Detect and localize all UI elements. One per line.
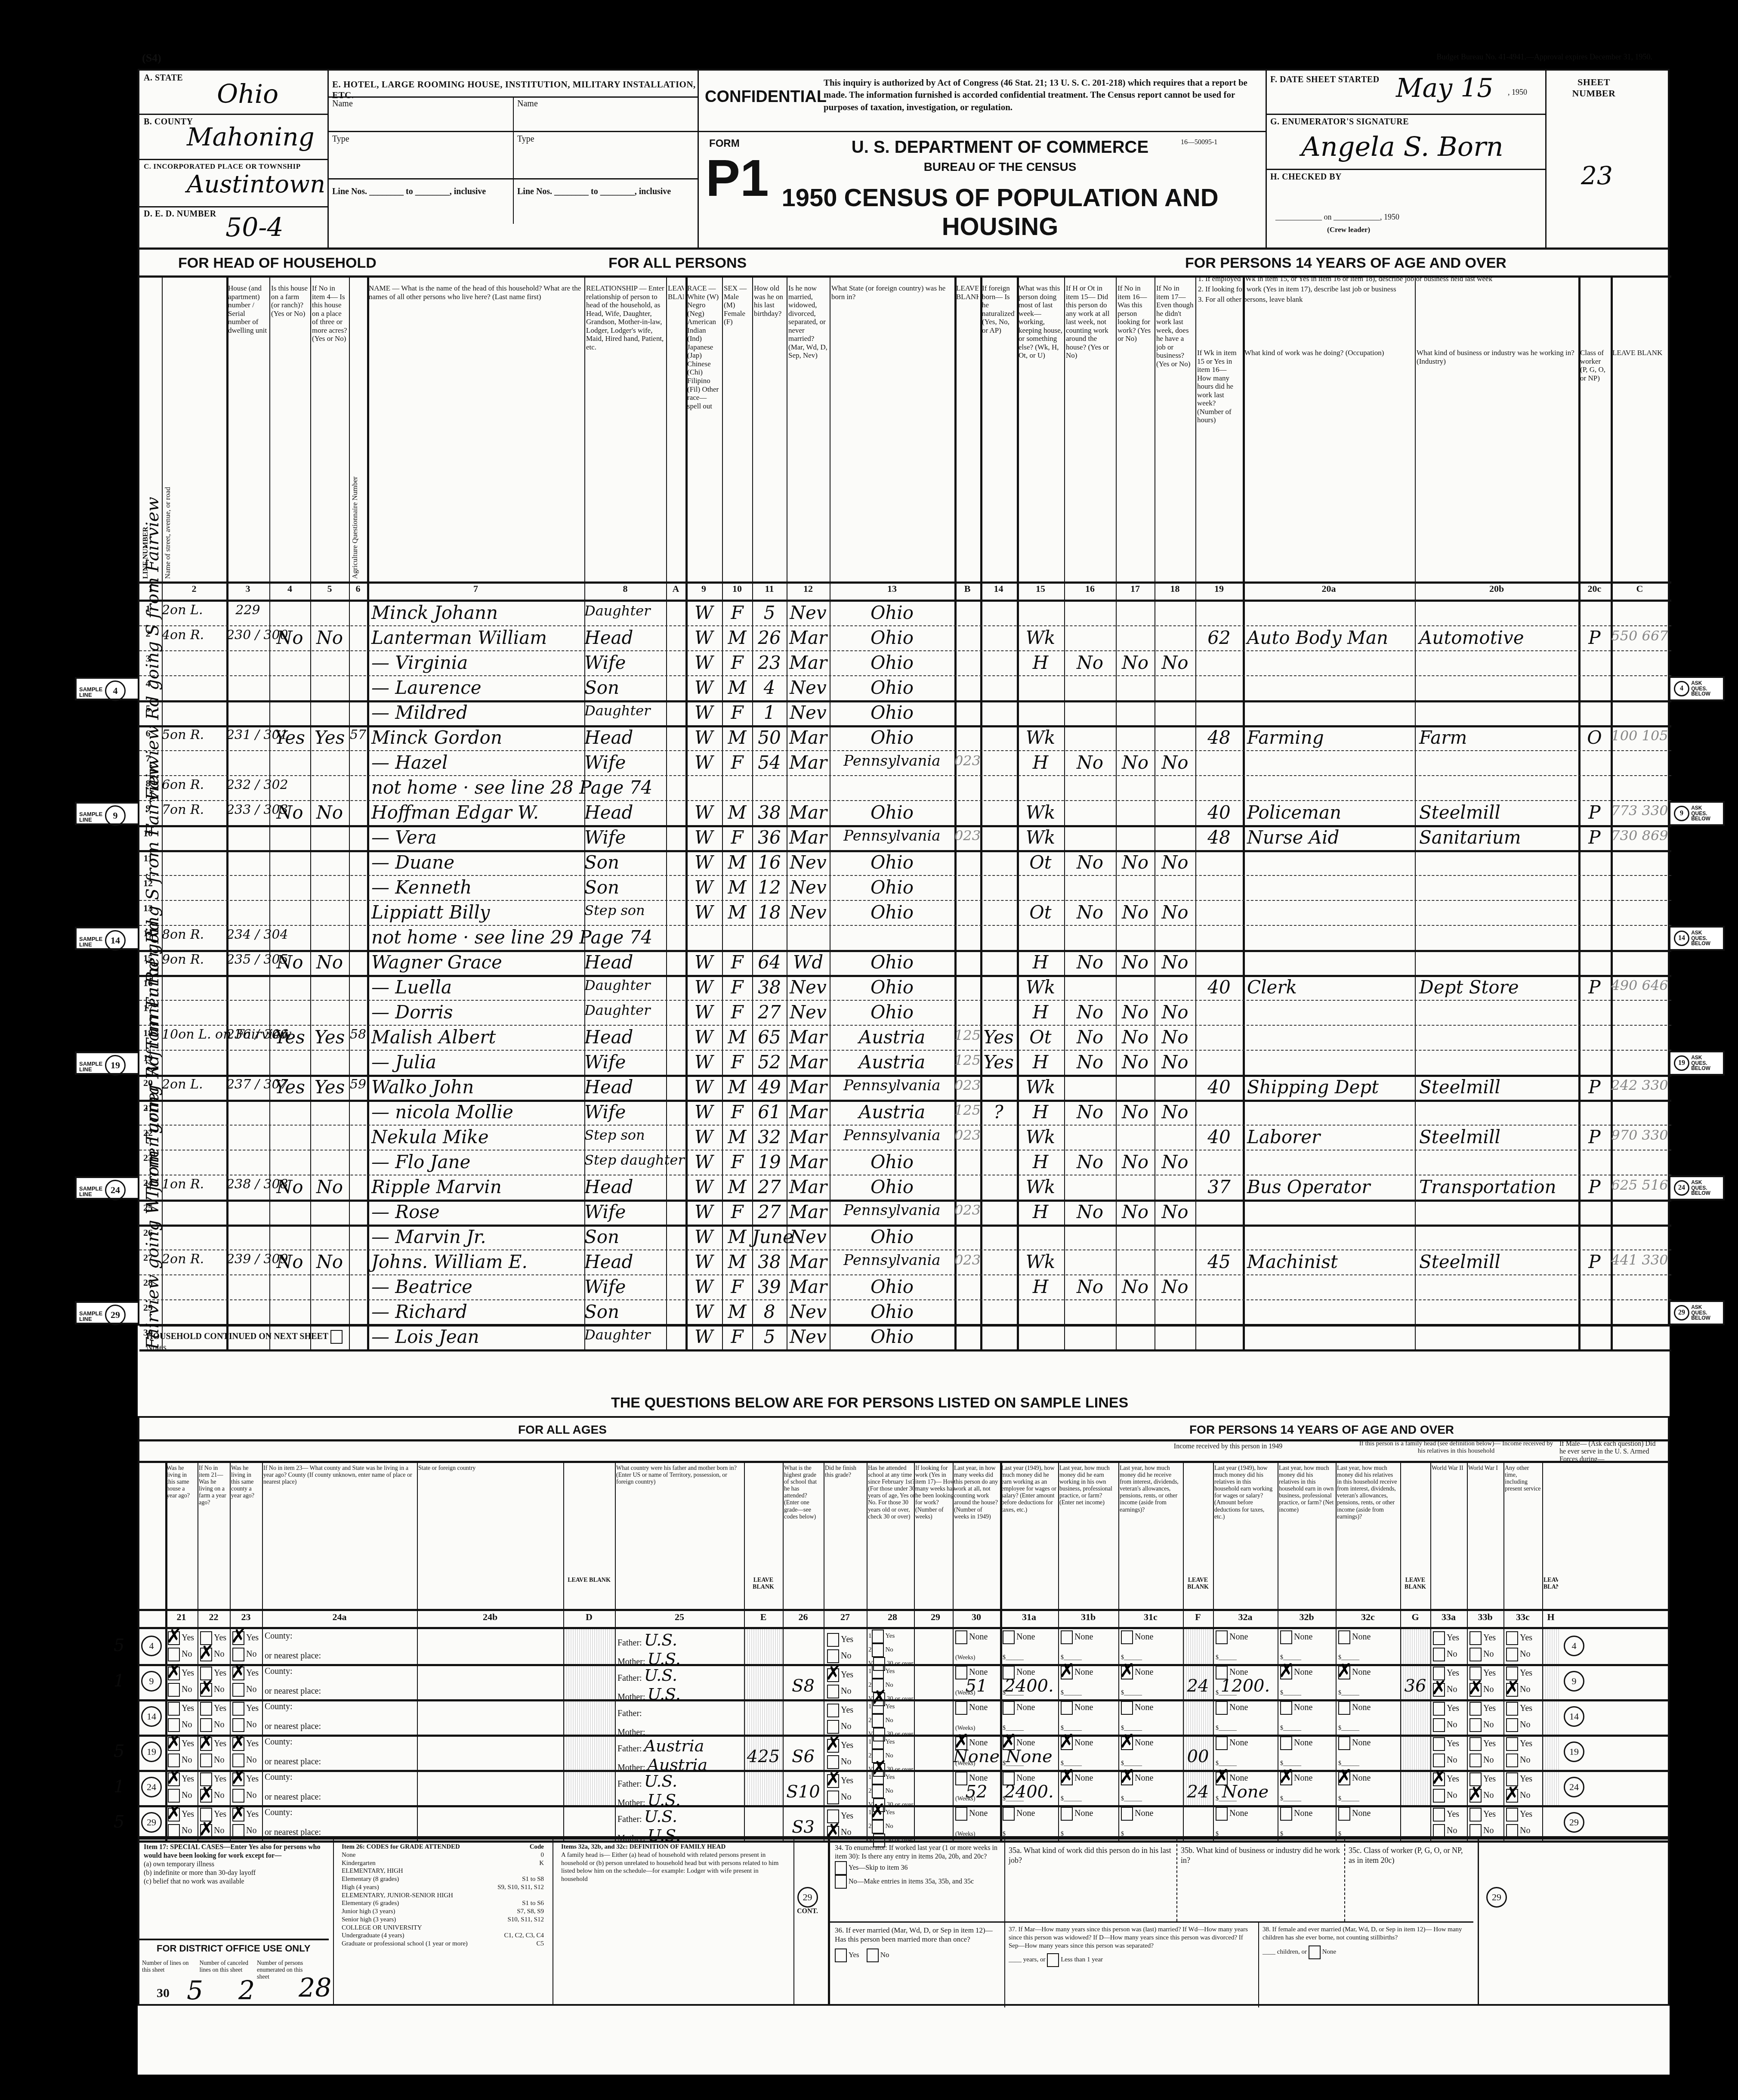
sheet-number: 23 [1581,161,1613,190]
sample-line-label: SAMPLE LINE [79,811,105,823]
q22-yes-checkbox[interactable] [200,1737,212,1751]
inc32c-none-checkbox[interactable] [1338,1630,1350,1644]
inc32c-none-checkbox[interactable] [1338,1807,1350,1821]
ww2-no-checkbox[interactable] [1433,1824,1445,1838]
q21-yes-checkbox[interactable] [168,1772,180,1786]
county-label: b. COUNTY [144,117,193,127]
q22-no-checkbox[interactable] [200,1789,212,1803]
q21-no-checkbox[interactable] [168,1754,180,1767]
q28-no-checkbox[interactable] [872,1714,884,1728]
sample-29-circle: 29 [797,1887,818,1908]
instructions-20: 1. If employed (Wk in item 15, or Yes in… [1198,274,1658,304]
date-block: f. DATE SHEET STARTED May 15 , 1950 g. E… [1267,71,1547,247]
cell-race: W [685,654,722,672]
amount-line: (Weeks) [955,1831,975,1838]
q34-yes-checkbox[interactable] [835,1861,847,1875]
q28-yes-checkbox[interactable] [872,1771,884,1785]
cell-race: W [685,754,722,772]
q21-no-checkbox[interactable] [168,1718,180,1732]
budget-note: Budget Bureau No. 41-4941.—Approval expi… [1437,53,1652,62]
question-q23-options: YesNo [232,1737,259,1767]
cell-nat: ? [980,1103,1017,1121]
cell-race: W [685,1153,722,1171]
q22-no-checkbox[interactable] [200,1648,212,1661]
leave-blank-shading [745,1629,783,1805]
cell-sex: F [722,978,752,996]
other-no-checkbox[interactable] [1506,1718,1518,1732]
q34-no-checkbox[interactable] [835,1875,847,1889]
column-number-20a: 20a [1243,583,1415,594]
q21-yes-checkbox[interactable] [168,1667,180,1680]
q27-yes-checkbox[interactable] [827,1668,839,1682]
q36-yes-checkbox[interactable] [835,1948,847,1962]
inc31b-none-checkbox[interactable] [1061,1772,1073,1785]
grade-code-label: Elementary (8 grades) [342,1876,399,1883]
cell-acres: No [310,1178,349,1196]
cell-w18: No [1155,1153,1195,1171]
inc31b-none-checkbox[interactable] [1061,1807,1073,1821]
q22-no-checkbox[interactable] [200,1683,212,1697]
q23-yes-checkbox[interactable] [232,1737,244,1751]
cell-age: 23 [752,654,787,672]
inc32a-none-checkbox[interactable] [1216,1807,1228,1821]
grade-code-value: 0 [541,1851,544,1859]
q28-yes-checkbox[interactable] [872,1700,884,1714]
inc32c-none-checkbox[interactable] [1338,1736,1350,1750]
inc31a-none-checkbox[interactable] [1003,1772,1015,1785]
cell-ccode: 625 516 [1611,1178,1669,1192]
column-number-7: 7 [367,583,584,594]
q34-yes-label: Yes—Skip to item 36 [849,1864,908,1871]
ww1-no-checkbox[interactable] [1469,1683,1482,1697]
column-header-20a: What kind of work was he doing? (Occupat… [1244,349,1413,579]
q27-no-checkbox[interactable] [827,1685,839,1698]
q37-less-checkbox[interactable] [1047,1953,1059,1967]
column-header-2: Name of street, avenue, or road [164,284,225,579]
ww1-yes-checkbox[interactable] [1469,1631,1482,1645]
cell-name: — Laurence [367,679,589,697]
cell-mar: Mar [787,804,830,822]
cell-age: 27 [752,1203,787,1221]
q28-no-checkbox[interactable] [872,1785,884,1798]
office-hw-3: 28 [299,1973,331,2003]
column-number-5: 5 [310,583,349,594]
cell-hrs: 40 [1195,978,1243,996]
cell-mar: Mar [787,629,830,647]
none-checkbox-group: None [1216,1666,1248,1679]
inc32c-none-checkbox[interactable] [1338,1666,1350,1679]
office-hw-2: 2 [238,1976,255,2006]
cell-birth: Pennsylvania [830,829,954,843]
cell-age: 16 [752,854,787,872]
cell-name: — Dorris [367,1003,589,1021]
cell-rel: Head [584,1078,666,1096]
county-field[interactable]: County:or nearest place: [265,1808,321,1837]
cell-name: — Beatrice [367,1278,589,1296]
line-nos-2: Line Nos. ________ to ________, inclusiv… [517,187,671,197]
other-no-checkbox[interactable] [1506,1754,1518,1767]
scan-border-right [1673,0,1738,2100]
q28-no-checkbox[interactable] [872,1820,884,1834]
weeks_worked-none-checkbox[interactable] [955,1736,967,1750]
q28-yes-checkbox[interactable] [872,1665,884,1679]
ww2-no-checkbox[interactable] [1433,1683,1445,1697]
inc32a-none-checkbox[interactable] [1216,1736,1228,1750]
sample-column-number-33c: 33c [1503,1611,1542,1623]
q21-no-checkbox[interactable] [168,1824,180,1838]
inc32c-none-checkbox[interactable] [1338,1701,1350,1715]
cell-name: Malish Albert [367,1028,589,1046]
q27-no-checkbox[interactable] [827,1755,839,1769]
inc31b-none-checkbox[interactable] [1061,1666,1073,1679]
cell-rel: Son [584,679,666,697]
cell-occ: Bus Operator [1243,1178,1419,1196]
other-no-checkbox[interactable] [1506,1683,1518,1697]
none-checkbox-group: None [1216,1630,1248,1644]
cell-mar: Mar [787,1253,830,1271]
ww1-no-checkbox[interactable] [1469,1824,1482,1838]
none-checkbox-group: None [1338,1807,1371,1821]
sample-row-marker: 14 [141,1706,162,1727]
q23-no-checkbox[interactable] [232,1754,244,1767]
q27-no-checkbox[interactable] [827,1791,839,1804]
cell-birth: Pennsylvania [830,1128,954,1143]
cell-act: H [1017,1278,1064,1296]
q34: 34. To enumerator: If worked last year (… [835,1844,998,1889]
armed-forces-ww2: YesNo [1433,1772,1459,1803]
cell-act: H [1017,1003,1064,1021]
cell-agq: 59 [349,1078,367,1091]
weeks_worked-none-checkbox[interactable] [955,1772,967,1785]
amount-line: (Weeks) [955,1655,975,1661]
cell-sex: F [722,1153,752,1171]
cell-rel: Head [584,953,666,971]
other-yes-checkbox[interactable] [1506,1808,1518,1822]
ww2-no-checkbox[interactable] [1433,1754,1445,1767]
cell-w17: No [1116,1053,1155,1071]
amount-line: $______ [1003,1760,1024,1767]
ww1-no-checkbox[interactable] [1469,1754,1482,1767]
inc32b-none-checkbox[interactable] [1280,1666,1292,1679]
cell-bcode: 023 [954,1253,980,1267]
cell-act: Wk [1017,629,1064,647]
sample-line-number: 29 [105,1305,126,1325]
column-header-5: If No in item 4— Is this house on a plac… [312,284,347,579]
q23-yes-checkbox[interactable] [232,1808,244,1822]
q36-no-checkbox[interactable] [867,1948,879,1962]
household-continued-label: HOUSEHOLD CONTINUED ON NEXT SHEET [146,1332,328,1341]
cell-name: Minck Gordon [367,729,589,747]
cell-age: 38 [752,1253,787,1271]
q21-yes-checkbox[interactable] [168,1737,180,1751]
q34-text: 34. To enumerator: If worked last year (… [835,1844,998,1861]
ww1-yes-checkbox[interactable] [1469,1808,1482,1822]
inc32b-none-checkbox[interactable] [1280,1630,1292,1644]
ww2-yes-checkbox[interactable] [1433,1772,1445,1786]
cell-birth: Austria [830,1053,954,1071]
q23-no-checkbox[interactable] [232,1718,244,1732]
ask-line-number: 24 [1674,1180,1689,1196]
inc31c-none-checkbox[interactable] [1121,1666,1133,1679]
q21-no-checkbox[interactable] [168,1683,180,1697]
inc32b-none-checkbox[interactable] [1280,1701,1292,1715]
column-number-9: 9 [685,583,722,594]
amount-line: $______ [1280,1690,1301,1697]
q28-yes-checkbox[interactable] [872,1806,884,1820]
cell-w17: No [1116,1153,1155,1171]
cell-name: — Luella [367,978,589,996]
q23-no-checkbox[interactable] [232,1789,244,1803]
special-cases-title: Item 17: SPECIAL CASES—Enter Yes also fo… [144,1843,329,1860]
grade-code-row: Elementary (8 grades)S1 to S8 [342,1875,544,1884]
inc31a-none-checkbox[interactable] [1003,1701,1015,1715]
sample-column-number-33a: 33a [1430,1611,1467,1623]
other-no-checkbox[interactable] [1506,1648,1518,1661]
section-head-of-household: FOR HEAD OF HOUSEHOLD [178,255,377,272]
column-header-19: If Wk in item 15 or Yes in item 16— How … [1197,349,1241,579]
ww2-yes-checkbox[interactable] [1433,1631,1445,1645]
cell-age: 52 [752,1053,787,1071]
q21-yes-checkbox[interactable] [168,1631,180,1645]
weeks_worked-none-checkbox[interactable] [955,1630,967,1644]
sheet-number-label: SHEET NUMBER [1564,77,1624,99]
amount-line: $______ [1216,1690,1237,1697]
q22-no-checkbox[interactable] [200,1824,212,1838]
q28-yes-checkbox[interactable] [872,1735,884,1749]
cell-house: 237 / 307 [226,1078,269,1091]
column-header-10: SEX — Male (M) Female (F) [724,284,750,579]
sample-row-marker: 24 [141,1777,162,1797]
ww2-yes-checkbox[interactable] [1433,1737,1445,1751]
q23-no-checkbox[interactable] [232,1824,244,1838]
weeks_worked-none-checkbox[interactable] [955,1666,967,1679]
none-checkbox-group: None [955,1666,988,1679]
q35a: 35a. What kind of work did this person d… [1009,1846,1172,1865]
cell-mar: Mar [787,1078,830,1096]
other-yes-checkbox[interactable] [1506,1737,1518,1751]
sample-29-right-marker: 29 [1486,1887,1507,1908]
column-header-20c: Class of worker (P, G, O, or NP) [1580,349,1609,579]
cell-hrs: 40 [1195,804,1243,822]
q21-no-checkbox[interactable] [168,1648,180,1661]
q27-yes-checkbox[interactable] [827,1633,839,1647]
cell-act: H [1017,1203,1064,1221]
ww2-yes-checkbox[interactable] [1433,1702,1445,1716]
grade-code-label: Senior high (3 years) [342,1916,396,1923]
column-header-20b: What kind of business or industry was he… [1417,349,1577,579]
q38-none-checkbox[interactable] [1309,1945,1321,1959]
amount-line: $______ [1280,1725,1301,1732]
sample-questions-table: FOR ALL AGES FOR PERSONS 14 YEARS OF AGE… [138,1416,1670,1838]
grade-code-value: C5 [536,1940,544,1948]
ww2-no-checkbox[interactable] [1433,1789,1445,1803]
inc31b-none-checkbox[interactable] [1061,1630,1073,1644]
q21-no-checkbox[interactable] [168,1789,180,1803]
cell-bcode: 125 [954,1053,980,1067]
inc31a-none-checkbox[interactable] [1003,1666,1015,1679]
ww2-yes-checkbox[interactable] [1433,1808,1445,1822]
cell-rel: Daughter [584,978,666,992]
cell-mar: Mar [787,654,830,672]
q22-yes-checkbox[interactable] [200,1702,212,1716]
cell-ind: Automotive [1415,629,1583,647]
sample-row-right-marker: 9 [1564,1671,1584,1692]
sample-row-line-number: 24 [141,1777,162,1797]
cell-w17: No [1116,903,1155,922]
column-number-17: 17 [1116,583,1155,594]
cell-age: 1 [752,704,787,722]
q27-yes-checkbox[interactable] [827,1704,839,1717]
cell-sex: M [722,1178,752,1196]
q28-yes-checkbox[interactable] [872,1630,884,1643]
armed-forces-ww2: YesNo [1433,1737,1459,1767]
county-field[interactable]: County:or nearest place: [265,1737,321,1767]
father-birthplace: U.S. [644,1630,677,1649]
inc32b-none-checkbox[interactable] [1280,1807,1292,1821]
other-no-checkbox[interactable] [1506,1824,1518,1838]
inc31c-none-checkbox[interactable] [1121,1701,1133,1715]
column-header-12: Is he now married, widowed, divorced, se… [788,284,828,579]
sheet-header: a. STATE Ohio b. COUNTY Mahoning c. INCO… [138,69,1670,250]
q23-yes-checkbox[interactable] [232,1631,244,1645]
line-nos-1: Line Nos. ________ to ________, inclusiv… [332,187,486,197]
institution-block: e. HOTEL, LARGE ROOMING HOUSE, INSTITUTI… [329,71,699,247]
county-field[interactable]: County:or nearest place: [265,1702,321,1732]
cell-name: — Duane [367,854,589,872]
inc32a-none-checkbox[interactable] [1216,1701,1228,1715]
q27-no-checkbox[interactable] [827,1720,839,1734]
cell-race: W [685,1253,722,1271]
q27-no-checkbox[interactable] [827,1649,839,1663]
income-person-header: Income received by this person in 1949 [1138,1443,1318,1451]
inc32b-none-checkbox[interactable] [1280,1772,1292,1785]
q22-no-checkbox[interactable] [200,1718,212,1732]
cell-name: Minck Johann [367,604,589,622]
cell-rel: Step son [584,903,666,917]
place-value: Austintown [187,170,325,198]
amount-line: $______ [1338,1796,1359,1803]
cell-mar: Mar [787,1028,830,1046]
grade-code-row: Junior high (3 years)S7, S8, S9 [342,1908,544,1916]
cell-rel: Wife [584,829,666,847]
inc31b-none-checkbox[interactable] [1061,1736,1073,1750]
question-27-options: YesNo [827,1704,853,1734]
inc32b-none-checkbox[interactable] [1280,1736,1292,1750]
inc32a-none-checkbox[interactable] [1216,1772,1228,1785]
sample-cell-grade: S10 [783,1782,824,1802]
sample-column-number-24b: 24b [417,1611,563,1623]
cell-ind: Steelmill [1415,1078,1583,1096]
q27-yes-checkbox[interactable] [827,1739,839,1753]
inc31a-none-checkbox[interactable] [1003,1630,1015,1644]
cell-act: Wk [1017,829,1064,847]
cell-age: 49 [752,1078,787,1096]
grade-code-label: Junior high (3 years) [342,1908,395,1915]
cell-rel: Son [584,1228,666,1246]
weeks_worked-none-checkbox[interactable] [955,1701,967,1715]
inc32a-none-checkbox[interactable] [1216,1630,1228,1644]
weeks_worked-none-checkbox[interactable] [955,1807,967,1821]
ww1-no-checkbox[interactable] [1469,1718,1482,1732]
inc31c-none-checkbox[interactable] [1121,1630,1133,1644]
column-number-16: 16 [1064,583,1116,594]
county-field[interactable]: County:or nearest place: [265,1667,321,1696]
q23-yes-checkbox[interactable] [232,1667,244,1680]
sample-column-number-27: 27 [824,1611,867,1623]
ww1-no-checkbox[interactable] [1469,1648,1482,1661]
q23-no-checkbox[interactable] [232,1648,244,1661]
income-family-header: If this person is a family head (see def… [1357,1440,1555,1455]
q38-answer: ____ children, or [1263,1948,1307,1955]
none-checkbox-group: None [1280,1736,1312,1750]
cell-w17: No [1116,953,1155,971]
sample-line-number: 9 [105,805,126,826]
q28-no-checkbox[interactable] [872,1643,884,1657]
ww2-no-checkbox[interactable] [1433,1648,1445,1661]
sample-cell-f: 24 [1183,1782,1213,1802]
cell-race: W [685,1003,722,1021]
inc31a-none-checkbox[interactable] [1003,1736,1015,1750]
cell-w17: No [1116,1003,1155,1021]
ww1-no-checkbox[interactable] [1469,1789,1482,1803]
other-yes-checkbox[interactable] [1506,1631,1518,1645]
inc31c-none-checkbox[interactable] [1121,1736,1133,1750]
family-head-title: Items 32a, 32b, and 32c: DEFINITION OF F… [561,1843,781,1851]
q22-no-checkbox[interactable] [200,1754,212,1767]
county-field[interactable]: County:or nearest place: [265,1631,321,1661]
inc31a-none-checkbox[interactable] [1003,1807,1015,1821]
sample-line-label: SAMPLE LINE [79,1311,105,1322]
household-continued-checkbox[interactable] [330,1330,343,1344]
cell-mar: Nev [787,704,830,722]
other-yes-checkbox[interactable] [1506,1702,1518,1716]
inc32c-none-checkbox[interactable] [1338,1772,1350,1785]
q21-yes-checkbox[interactable] [168,1808,180,1822]
none-checkbox-group: None [1280,1630,1312,1644]
inc31c-none-checkbox[interactable] [1121,1807,1133,1821]
q23-no-checkbox[interactable] [232,1683,244,1697]
county-field[interactable]: County:or nearest place: [265,1772,321,1802]
institution-type-label-2: Type [517,134,534,144]
inc31c-none-checkbox[interactable] [1121,1772,1133,1785]
none-checkbox-group: None [1061,1630,1093,1644]
sample-row-marker: 19 [141,1741,162,1762]
column-header-3: House (and apartment) number / Serial nu… [228,284,268,579]
cell-occ: Auto Body Man [1243,629,1419,647]
cell-race: W [685,1028,722,1046]
cell-act: Wk [1017,1253,1064,1271]
cell-act: Wk [1017,1078,1064,1096]
inc32a-none-checkbox[interactable] [1216,1666,1228,1679]
armed-forces-ww2: YesNo [1433,1667,1459,1697]
cell-w16: No [1064,903,1116,922]
cell-w18: No [1155,1203,1195,1221]
cell-house: 239 / 309 [226,1253,269,1266]
ask-line-number: 14 [1674,931,1689,946]
q27-yes-checkbox[interactable] [827,1774,839,1788]
ww2-no-checkbox[interactable] [1433,1718,1445,1732]
q21-yes-checkbox[interactable] [168,1702,180,1716]
ww1-yes-checkbox[interactable] [1469,1702,1482,1716]
q23-yes-checkbox[interactable] [232,1772,244,1786]
cell-mar: Wd [787,953,830,971]
inc31b-none-checkbox[interactable] [1061,1701,1073,1715]
cell-sex: M [722,1078,752,1096]
sample-column-header-32b: Last year, how much money did his relati… [1279,1465,1334,1607]
q23-yes-checkbox[interactable] [232,1702,244,1716]
ww1-yes-checkbox[interactable] [1469,1737,1482,1751]
other-no-checkbox[interactable] [1506,1789,1518,1803]
